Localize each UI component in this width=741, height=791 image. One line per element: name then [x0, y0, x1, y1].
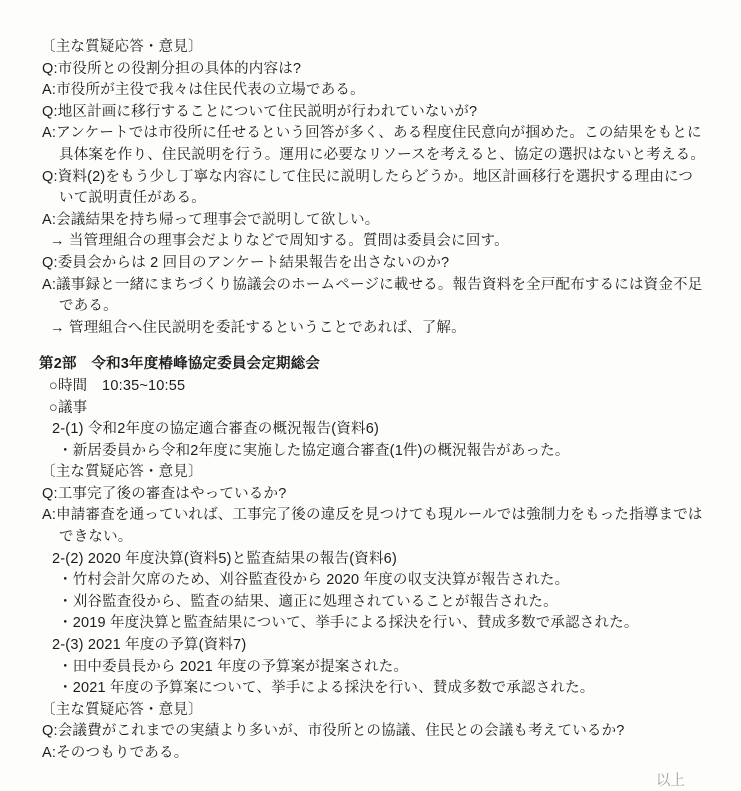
bullet-line: ・新居委員から令和2年度に実施した協定適合審査(1件)の概況報告があった。	[0, 441, 741, 463]
document-body: 〔主な質疑応答・意見〕Q:市役所との役割分担の具体的内容は?A:市役所が主役で我…	[0, 37, 741, 765]
section-heading: 第2部 令和3年度椿峰協定委員会定期総会	[0, 354, 741, 376]
qa-line: Q:委員会からは 2 回目のアンケート結果報告を出さないのか?	[0, 253, 741, 275]
qa-line: A:申請審査を通っていれば、工事完了後の違反を見つけても現ルールでは強制力をもっ…	[0, 505, 741, 527]
follow-up-line: → 当管理組合の理事会だよりなどで周知する。質問は委員会に回す。	[0, 231, 741, 253]
scanned-document-page: { "colors": { "paper": "#fdfdfc", "ink":…	[0, 0, 741, 791]
qa-line: A:議事録と一緒にまちづくり協議会のホームページに載せる。報告資料を全戸配布する…	[0, 275, 741, 297]
follow-up-line: → 管理組合へ住民説明を委託するということであれば、了解。	[0, 318, 741, 340]
agenda-meta-line: ○時間 10:35~10:55	[0, 376, 741, 398]
qa-line: A:市役所が主役で我々は住民代表の立場である。	[0, 80, 741, 102]
qa-line: Q:工事完了後の審査はやっているか?	[0, 484, 741, 506]
continuation-line: いて説明責任がある。	[0, 188, 741, 210]
qa-line: Q:市役所との役割分担の具体的内容は?	[0, 59, 741, 81]
continuation-line: である。	[0, 296, 741, 318]
qa-line: Q:資料(2)をもう少し丁寧な内容にして住民に説明したらどうか。地区計画移行を選…	[0, 167, 741, 189]
agenda-meta-line: ○議事	[0, 398, 741, 420]
continuation-line: できない。	[0, 527, 741, 549]
document-page: 〔主な質疑応答・意見〕Q:市役所との役割分担の具体的内容は?A:市役所が主役で我…	[0, 0, 741, 791]
continuation-line: 具体案を作り、住民説明を行う。運用に必要なリソースを考えると、協定の選択はないと…	[0, 145, 741, 167]
agenda-item-line: 2-(3) 2021 年度の予算(資料7)	[0, 635, 741, 657]
closing-mark: 以上	[0, 771, 741, 791]
agenda-item-line: 2-(2) 2020 年度決算(資料5)と監査結果の報告(資料6)	[0, 549, 741, 571]
qa-line: A:そのつもりである。	[0, 743, 741, 765]
qa-line: A:会議結果を持ち帰って理事会で説明して欲しい。	[0, 210, 741, 232]
agenda-item-line: 2-(1) 令和2年度の協定適合審査の概況報告(資料6)	[0, 419, 741, 441]
bullet-line: ・田中委員長から 2021 年度の予算案が提案された。	[0, 657, 741, 679]
qa-line: Q:地区計画に移行することについて住民説明が行われていないが?	[0, 102, 741, 124]
qa-section-label: 〔主な質疑応答・意見〕	[0, 462, 741, 484]
qa-line: A:アンケートでは市役所に任せるという回答が多く、ある程度住民意向が掴めた。この…	[0, 123, 741, 145]
bullet-line: ・刈谷監査役から、監査の結果、適正に処理されていることが報告された。	[0, 592, 741, 614]
bullet-line: ・2019 年度決算と監査結果について、挙手による採決を行い、賛成多数で承認され…	[0, 613, 741, 635]
qa-section-label: 〔主な質疑応答・意見〕	[0, 700, 741, 722]
bullet-line: ・竹村会計欠席のため、刈谷監査役から 2020 年度の収支決算が報告された。	[0, 570, 741, 592]
bullet-line: ・2021 年度の予算案について、挙手による採決を行い、賛成多数で承認された。	[0, 678, 741, 700]
qa-line: Q:会議費がこれまでの実績より多いが、市役所との協議、住民との会議も考えているか…	[0, 721, 741, 743]
qa-section-label: 〔主な質疑応答・意見〕	[0, 37, 741, 59]
